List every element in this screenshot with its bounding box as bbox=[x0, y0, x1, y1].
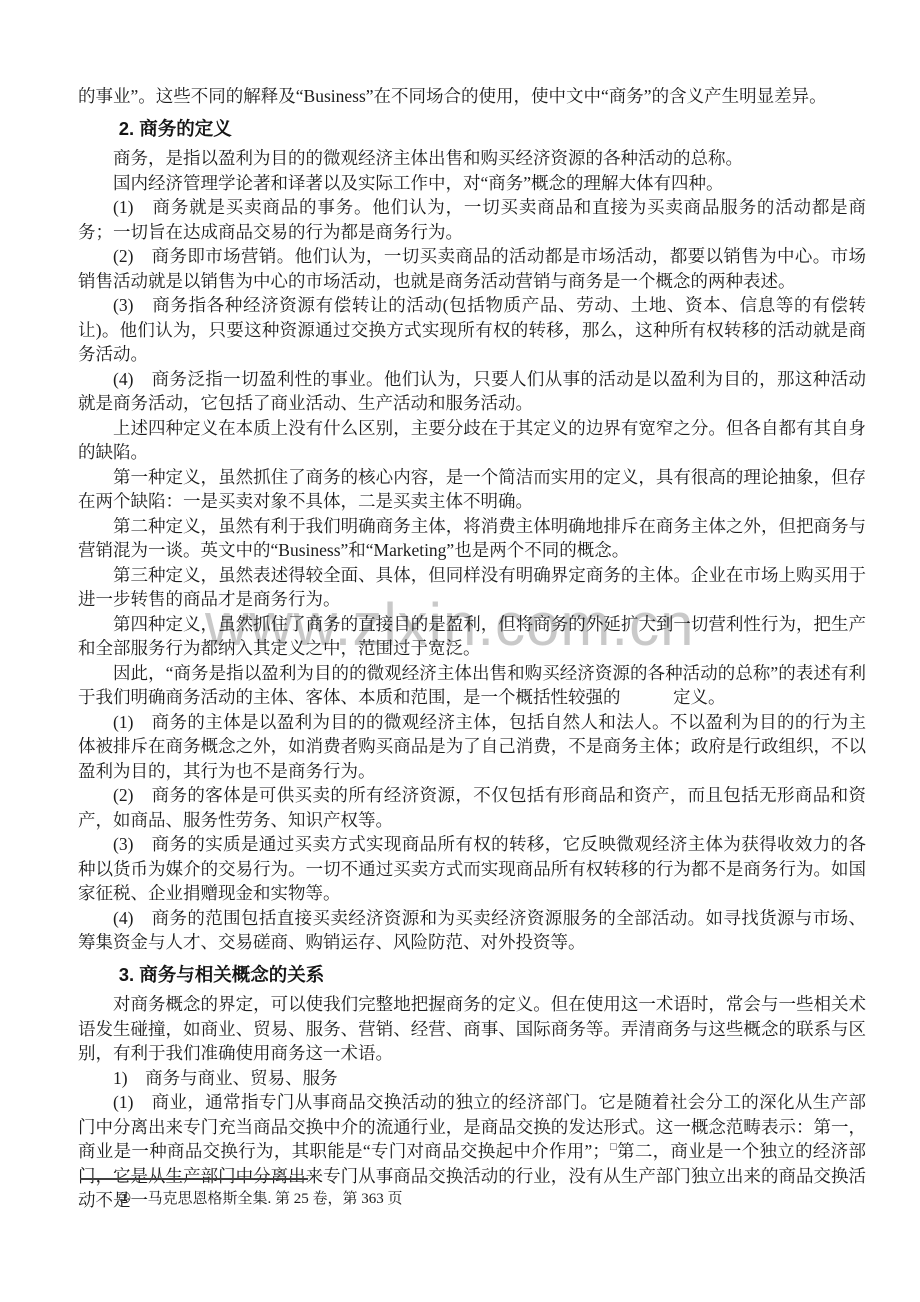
paragraph: (3) 商务指各种经济资源有偿转让的活动(包括物质产品、劳动、土地、资本、信息等… bbox=[78, 293, 866, 367]
footnote: ①马克思恩格斯全集. 第 25 卷，第 363 页 bbox=[118, 1189, 402, 1209]
document-body: 的事业”。这些不同的解释及“Business”在不同场合的使用，使中文中“商务”… bbox=[0, 0, 920, 1213]
paragraph: (2) 商务的客体是可供买卖的所有经济资源，不仅包括有形商品和资产，而且包括无形… bbox=[78, 783, 866, 832]
paragraph: 国内经济管理学论著和译著以及实际工作中，对“商务”概念的理解大体有四种。 bbox=[78, 171, 866, 196]
paragraph: (1) 商务的主体是以盈利为目的的微观经济主体，包括自然人和法人。不以盈利为目的… bbox=[78, 710, 866, 784]
paragraph: (2) 商务即市场营销。他们认为，一切买卖商品的活动都是市场活动，都要以销售为中… bbox=[78, 244, 866, 293]
footnote-area: ①马克思恩格斯全集. 第 25 卷，第 363 页 bbox=[80, 1178, 402, 1209]
paragraph: 第四种定义，虽然抓住了商务的直接目的是盈利，但将商务的外延扩大到一切营利性行为，… bbox=[78, 612, 866, 661]
section-heading: 3. 商务与相关概念的关系 bbox=[78, 963, 866, 988]
paragraph: 第三种定义，虽然表述得较全面、具体，但同样没有明确界定商务的主体。企业在市场上购… bbox=[78, 563, 866, 612]
paragraph: 上述四种定义在本质上没有什么区别，主要分歧在于其定义的边界有宽窄之分。但各自都有… bbox=[78, 416, 866, 465]
paragraph: (4) 商务的范围包括直接买卖经济资源和为买卖经济资源服务的全部活动。如寻找货源… bbox=[78, 906, 866, 955]
paragraph: 对商务概念的界定，可以使我们完整地把握商务的定义。但在使用这一术语时，常会与一些… bbox=[78, 992, 866, 1066]
section-heading: 2. 商务的定义 bbox=[78, 117, 866, 142]
footnote-ref-marker: □ bbox=[610, 1141, 617, 1153]
paragraph: (4) 商务泛指一切盈利性的事业。他们认为，只要人们从事的活动是以盈利为目的，那… bbox=[78, 367, 866, 416]
paragraph: 第二种定义，虽然有利于我们明确商务主体，将消费主体明确地排斥在商务主体之外，但把… bbox=[78, 514, 866, 563]
paragraph: 1) 商务与商业、贸易、服务 bbox=[78, 1066, 866, 1091]
paragraph: 商务，是指以盈利为目的的微观经济主体出售和购买经济资源的各种活动的总称。 bbox=[78, 146, 866, 171]
paragraph: 因此，“商务是指以盈利为目的的微观经济主体出售和购买经济资源的各种活动的总称”的… bbox=[78, 661, 866, 710]
document-page: www.zlxin.com.cn 的事业”。这些不同的解释及“Business”… bbox=[0, 0, 920, 1302]
paragraph: 的事业”。这些不同的解释及“Business”在不同场合的使用，使中文中“商务”… bbox=[78, 84, 866, 109]
paragraph: (1) 商务就是买卖商品的事务。他们认为，一切买卖商品和直接为买卖商品服务的活动… bbox=[78, 195, 866, 244]
footnote-separator bbox=[80, 1178, 308, 1180]
footnote-text: 马克思恩格斯全集. 第 25 卷，第 363 页 bbox=[147, 1191, 402, 1207]
footnote-marker: ① bbox=[118, 1191, 131, 1207]
paragraph: (3) 商务的实质是通过买卖方式实现商品所有权的转移，它反映微观经济主体为获得收… bbox=[78, 832, 866, 906]
paragraph: 第一种定义，虽然抓住了商务的核心内容，是一个简洁而实用的定义，具有很高的理论抽象… bbox=[78, 465, 866, 514]
